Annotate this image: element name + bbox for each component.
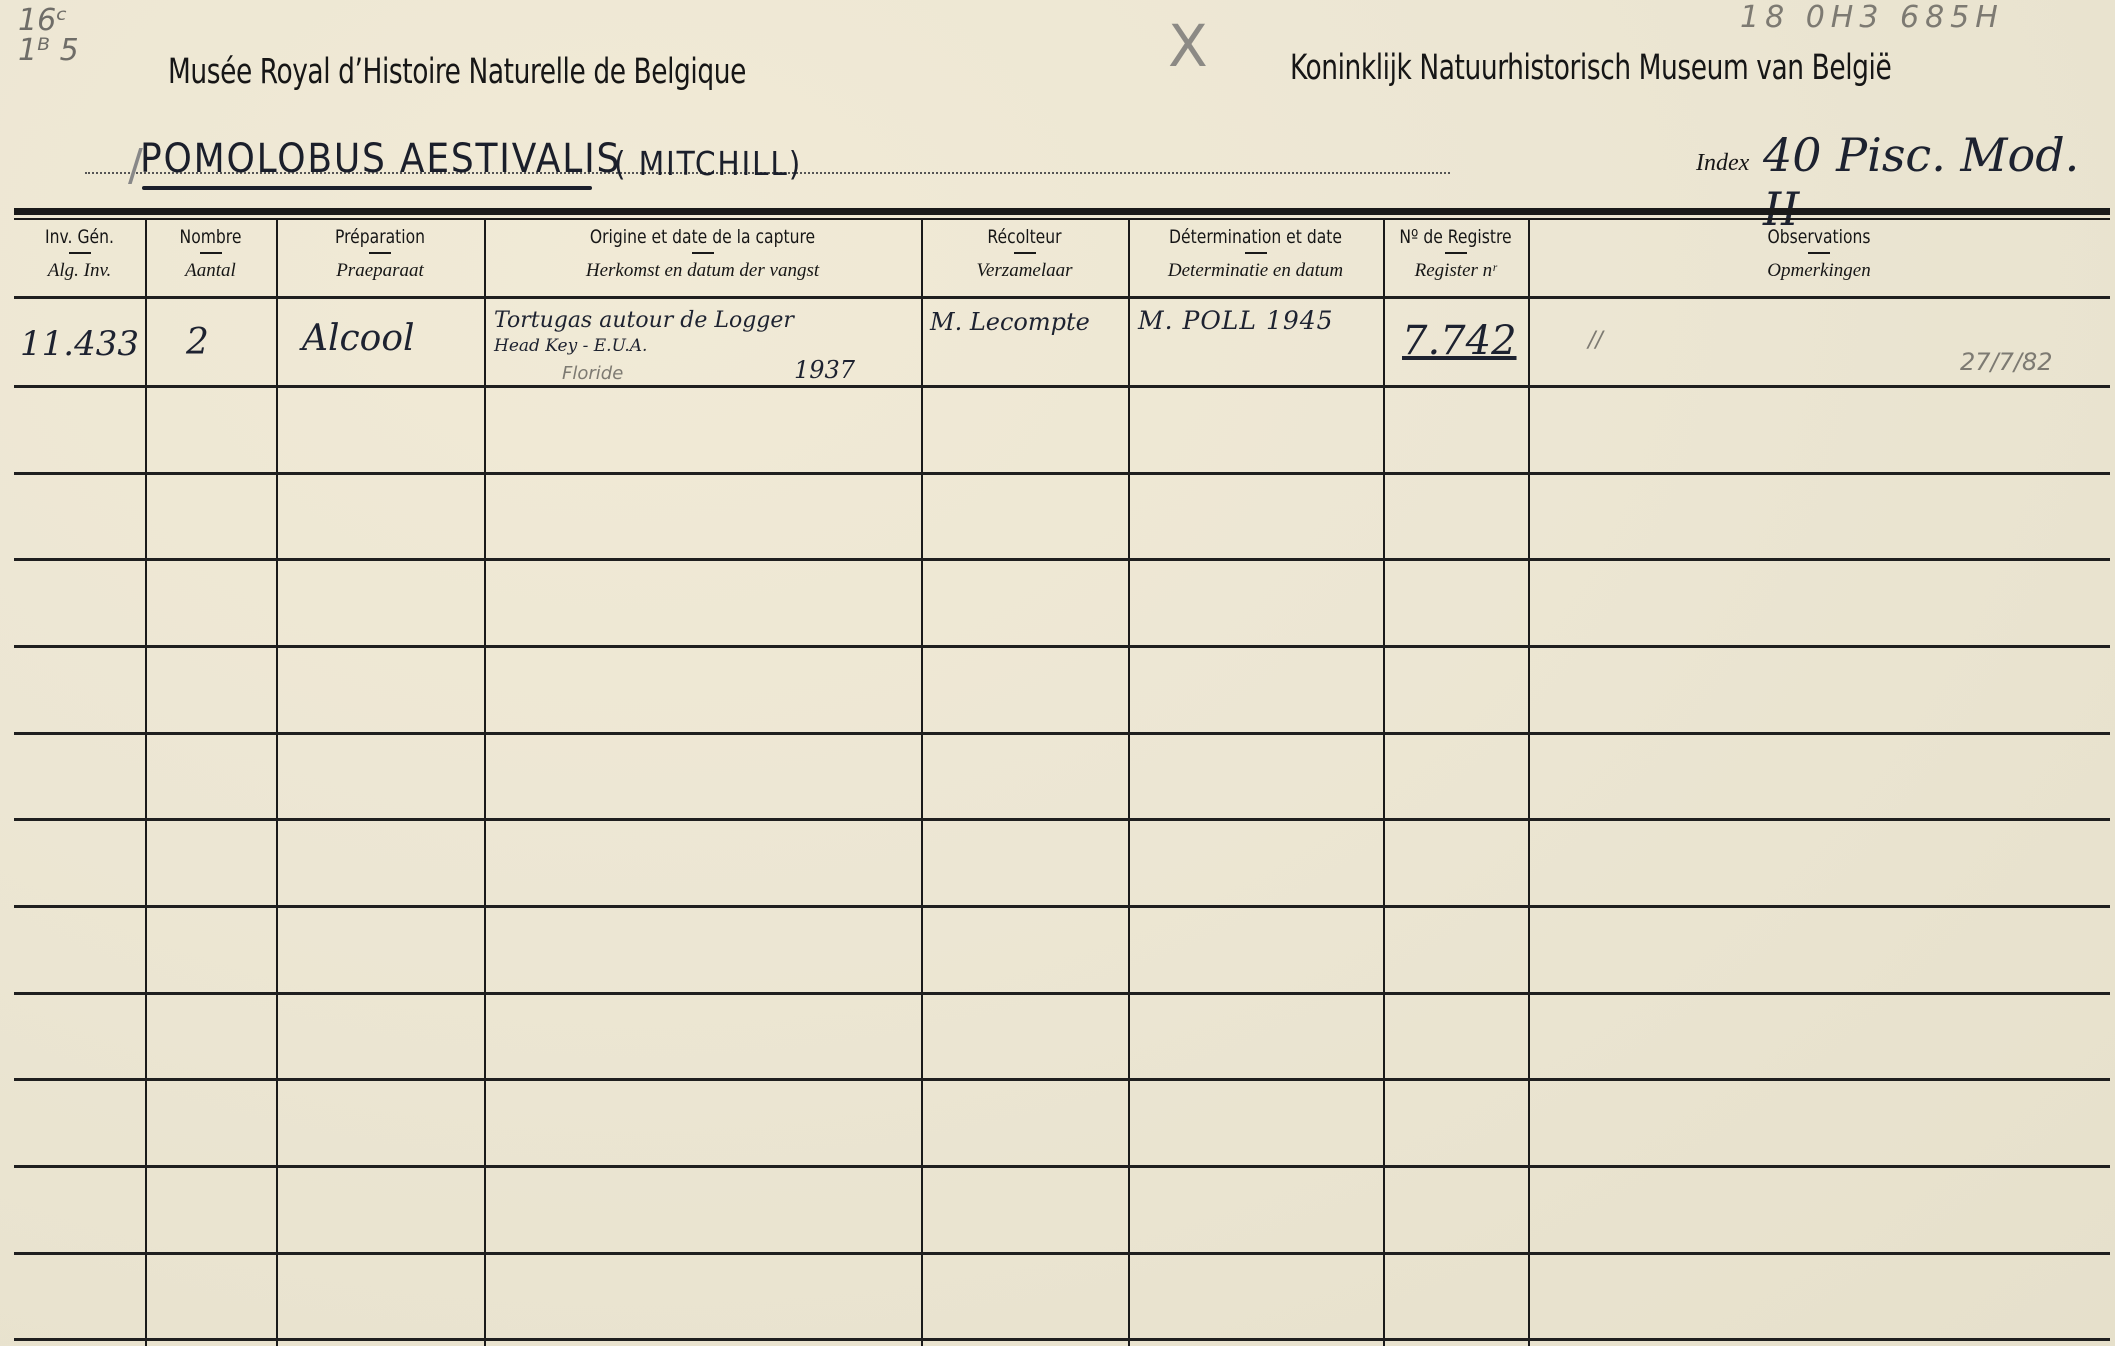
row-rule bbox=[14, 1338, 2110, 1341]
header-label-fr: Origine et date de la capture bbox=[523, 226, 881, 248]
row-rule bbox=[14, 645, 2110, 648]
header-dash bbox=[692, 252, 714, 254]
column-header-registre: Nº de Registre Register nʳ bbox=[1383, 226, 1528, 298]
header-label-fr: Nº de Registre bbox=[1396, 226, 1515, 248]
column-divider bbox=[1528, 220, 1530, 1346]
cell-origine-line1: Tortugas autour de Logger bbox=[494, 308, 794, 333]
cell-observations-date: 27/7/82 bbox=[1960, 348, 2053, 376]
header-label-nl: Alg. Inv. bbox=[14, 260, 145, 282]
column-divider bbox=[145, 220, 147, 1346]
cell-recolteur: M. Lecompte bbox=[930, 308, 1090, 336]
column-divider bbox=[921, 220, 923, 1346]
row-rule bbox=[14, 558, 2110, 561]
corner-pencil-note: 16ᶜ 1ᴮ 5 bbox=[18, 6, 108, 66]
header-rule-thick bbox=[14, 208, 2110, 215]
header-label-fr: Préparation bbox=[295, 226, 466, 248]
cell-nombre: 2 bbox=[186, 322, 209, 363]
cell-registre: 7.742 bbox=[1402, 318, 1517, 364]
pencil-x-mark: X bbox=[1168, 12, 1208, 80]
column-header-observations: Observations Opmerkingen bbox=[1528, 226, 2110, 298]
row-rule bbox=[14, 1252, 2110, 1255]
header-label-fr: Inv. Gén. bbox=[26, 226, 133, 248]
header-dash bbox=[1445, 252, 1467, 254]
header-label-nl: Aantal bbox=[145, 260, 276, 282]
row-rule bbox=[14, 905, 2110, 908]
header-label-fr: Nombre bbox=[157, 226, 264, 248]
row-rule bbox=[14, 732, 2110, 735]
cell-determination: M. POLL 1945 bbox=[1138, 306, 1334, 335]
header-label-nl: Praeparaat bbox=[276, 260, 484, 282]
header-label-fr: Détermination et date bbox=[1151, 226, 1360, 248]
cell-preparation: Alcool bbox=[302, 318, 415, 359]
column-header-preparation: Préparation Praeparaat bbox=[276, 226, 484, 298]
museum-title-dutch: Koninklijk Natuurhistorisch Museum van B… bbox=[1290, 48, 1891, 88]
column-header-inv-gen: Inv. Gén. Alg. Inv. bbox=[14, 226, 145, 298]
header-dash bbox=[1014, 252, 1036, 254]
catalog-code: 18 0H3 685H bbox=[1740, 0, 2004, 35]
header-dash bbox=[369, 252, 391, 254]
column-header-nombre: Nombre Aantal bbox=[145, 226, 276, 298]
index-label: Index bbox=[1696, 150, 1749, 177]
cell-origine-year: 1937 bbox=[794, 356, 855, 384]
header-label-nl: Register nʳ bbox=[1383, 260, 1528, 282]
header-label-nl: Herkomst en datum der vangst bbox=[484, 260, 921, 282]
species-underline bbox=[142, 186, 592, 190]
header-label-fr: Récolteur bbox=[940, 226, 1110, 248]
header-label-fr: Observations bbox=[1580, 226, 2057, 248]
header-label-nl: Opmerkingen bbox=[1528, 260, 2110, 282]
header-dash bbox=[1808, 252, 1830, 254]
column-divider bbox=[1128, 220, 1130, 1346]
row-rule bbox=[14, 1165, 2110, 1168]
row-rule bbox=[14, 385, 2110, 388]
museum-title-french: Musée Royal d’Histoire Naturelle de Belg… bbox=[168, 52, 746, 92]
register-table: Inv. Gén. Alg. Inv. Nombre Aantal Prépar… bbox=[14, 220, 2110, 1346]
row-rule bbox=[14, 818, 2110, 821]
column-divider bbox=[484, 220, 486, 1346]
species-name: POMOLOBUS AESTIVALIS bbox=[140, 136, 621, 182]
row-rule bbox=[14, 992, 2110, 995]
species-author: ( MITCHILL) bbox=[614, 144, 802, 183]
row-rule bbox=[14, 1078, 2110, 1081]
cell-observations-mark: // bbox=[1588, 328, 1603, 353]
row-rule bbox=[14, 472, 2110, 475]
header-dash bbox=[1245, 252, 1267, 254]
column-header-recolteur: Récolteur Verzamelaar bbox=[921, 226, 1128, 298]
header-dash bbox=[69, 252, 91, 254]
column-divider bbox=[1383, 220, 1385, 1346]
header-dash bbox=[200, 252, 222, 254]
column-header-determination: Détermination et date Determinatie en da… bbox=[1128, 226, 1383, 298]
header-label-nl: Verzamelaar bbox=[921, 260, 1128, 282]
cell-origine-pencil: Floride bbox=[562, 363, 623, 384]
cell-origine-line2: Head Key - E.U.A. bbox=[494, 336, 647, 356]
header-label-nl: Determinatie en datum bbox=[1128, 260, 1383, 282]
column-header-origine: Origine et date de la capture Herkomst e… bbox=[484, 226, 921, 298]
column-divider bbox=[276, 220, 278, 1346]
cell-inv-gen: 11.433 bbox=[20, 324, 139, 364]
